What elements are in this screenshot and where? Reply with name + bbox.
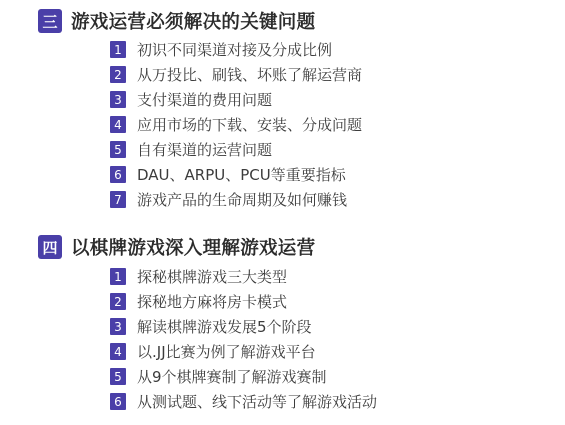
list-item: 4应用市场的下载、安装、分成问题 [110,112,362,137]
list-item: 2探秘地方麻将房卡模式 [110,289,377,314]
item-number-badge: 5 [110,368,126,385]
item-number-badge: 6 [110,393,126,410]
list-item: 1初识不同渠道对接及分成比例 [110,37,362,62]
list-item: 6从测试题、线下活动等了解游戏活动 [110,389,377,414]
list-item: 7游戏产品的生命周期及如何赚钱 [110,187,362,212]
item-number-badge: 7 [110,191,126,208]
item-text: 探秘地方麻将房卡模式 [137,291,287,312]
item-text: 探秘棋牌游戏三大类型 [137,266,287,287]
item-number-badge: 1 [110,268,126,285]
list-item: 2从万投比、刷钱、坏账了解运营商 [110,62,362,87]
item-text: 应用市场的下载、安装、分成问题 [137,114,362,135]
item-text: 从9个棋牌赛制了解游戏赛制 [137,366,327,387]
section-3: 三 游戏运营必须解决的关键问题 [38,8,315,34]
item-number-badge: 6 [110,166,126,183]
item-text: 游戏产品的生命周期及如何赚钱 [137,189,347,210]
section-4-title: 以棋牌游戏深入理解游戏运营 [71,234,315,260]
list-item: 5从9个棋牌赛制了解游戏赛制 [110,364,377,389]
section-4-heading: 四 以棋牌游戏深入理解游戏运营 [38,234,315,260]
list-item: 6DAU、ARPU、PCU等重要指标 [110,162,362,187]
item-number-badge: 1 [110,41,126,58]
section-3-title: 游戏运营必须解决的关键问题 [71,8,315,34]
list-item: 1探秘棋牌游戏三大类型 [110,264,377,289]
section-3-heading: 三 游戏运营必须解决的关键问题 [38,8,315,34]
list-item: 3解读棋牌游戏发展5个阶段 [110,314,377,339]
item-text: 以.JJ比赛为例了解游戏平台 [137,341,316,362]
section-4-list: 1探秘棋牌游戏三大类型 2探秘地方麻将房卡模式 3解读棋牌游戏发展5个阶段 4以… [110,264,377,414]
section-3-number-badge: 三 [38,9,62,33]
list-item: 3支付渠道的费用问题 [110,87,362,112]
list-item: 5自有渠道的运营问题 [110,137,362,162]
item-text: 从万投比、刷钱、坏账了解运营商 [137,64,362,85]
item-number-badge: 3 [110,318,126,335]
item-text: 从测试题、线下活动等了解游戏活动 [137,391,377,412]
item-text: 初识不同渠道对接及分成比例 [137,39,332,60]
item-text: 解读棋牌游戏发展5个阶段 [137,316,312,337]
item-number-badge: 3 [110,91,126,108]
section-4: 四 以棋牌游戏深入理解游戏运营 [38,234,315,260]
section-4-number-badge: 四 [38,235,62,259]
item-number-badge: 4 [110,343,126,360]
item-number-badge: 4 [110,116,126,133]
item-number-badge: 2 [110,66,126,83]
item-number-badge: 5 [110,141,126,158]
item-text: 支付渠道的费用问题 [137,89,272,110]
list-item: 4以.JJ比赛为例了解游戏平台 [110,339,377,364]
item-text: 自有渠道的运营问题 [137,139,272,160]
section-3-list: 1初识不同渠道对接及分成比例 2从万投比、刷钱、坏账了解运营商 3支付渠道的费用… [110,37,362,212]
item-text: DAU、ARPU、PCU等重要指标 [137,164,346,185]
item-number-badge: 2 [110,293,126,310]
